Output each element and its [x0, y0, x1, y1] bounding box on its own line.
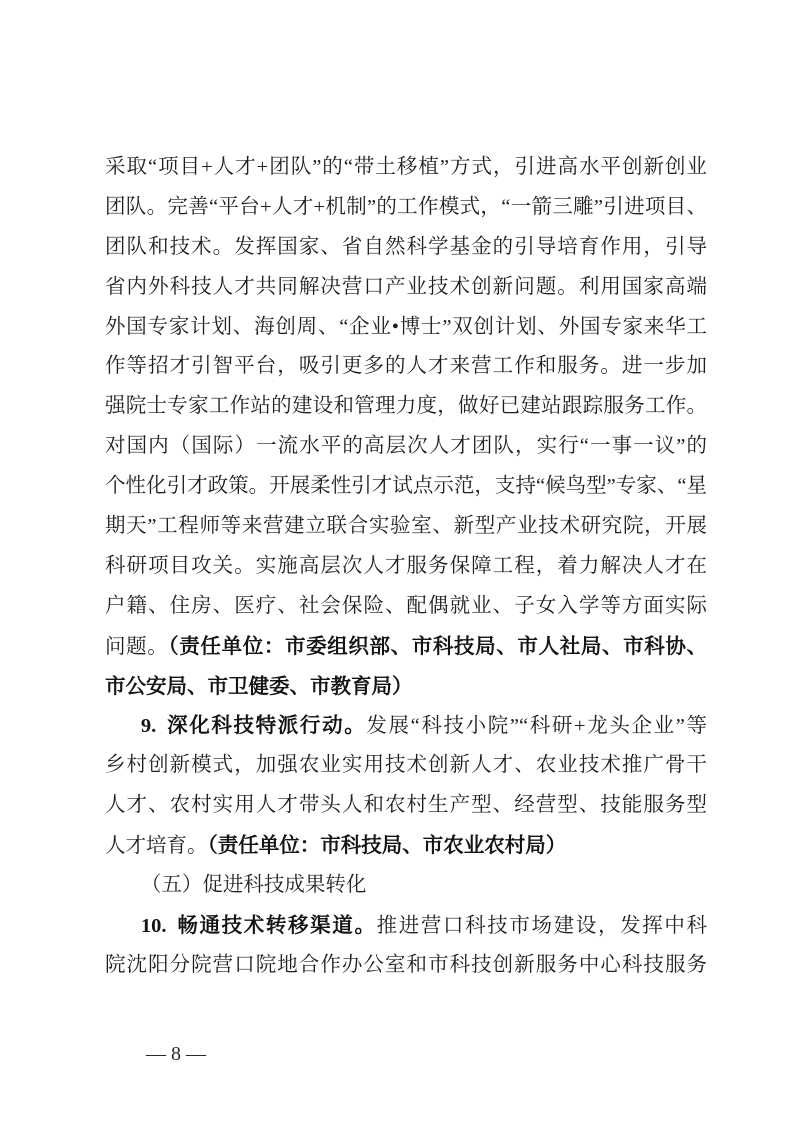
text-segment-normal: 院沈阳分院营口院地合作办公室和市科技创新服务中心科技服务	[105, 954, 707, 976]
text-line: 对国内（国际）一流水平的高层次人才团队，实行“一事一议”的	[105, 427, 707, 467]
text-segment-normal: 外国专家计划、海创周、“企业•博士”双创计划、外国专家来华工	[105, 316, 707, 338]
text-segment-hei: （责任单位：市委组织部、市科技局、市人社局、市科协、	[168, 635, 707, 658]
text-line: 强院士专家工作站的建设和管理力度，做好已建站跟踪服务工作。	[105, 387, 707, 427]
text-segment-normal: 省内外科技人才共同解决营口产业技术创新问题。利用国家高端	[105, 276, 707, 298]
text-segment-hei: （责任单位：市科技局、市农业农村局）	[208, 834, 567, 857]
text-segment-normal: 采取“项目+人才+团队”的“带土移植”方式，引进高水平创新创业	[105, 156, 707, 178]
text-line: 9.深化科技特派行动。发展“科技小院”“科研+龙头企业”等	[105, 706, 707, 746]
text-line: 乡村创新模式，加强农业实用技术创新人才、农业技术推广骨干	[105, 746, 707, 786]
text-line: 省内外科技人才共同解决营口产业技术创新问题。利用国家高端	[105, 268, 707, 308]
text-segment-normal: 科研项目攻关。实施高层次人才服务保障工程，着力解决人才在	[105, 555, 707, 577]
document-page: 采取“项目+人才+团队”的“带土移植”方式，引进高水平创新创业团队。完善“平台+…	[0, 0, 793, 1122]
text-line: 作等招才引智平台，吸引更多的人才来营工作和服务。进一步加	[105, 347, 707, 387]
document-body: 采取“项目+人才+团队”的“带土移植”方式，引进高水平创新创业团队。完善“平台+…	[105, 148, 707, 986]
text-segment-normal: 强院士专家工作站的建设和管理力度，做好已建站跟踪服务工作。	[105, 395, 707, 417]
text-line: （五）促进科技成果转化	[105, 866, 707, 906]
text-line: 个性化引才政策。开展柔性引才试点示范，支持“候鸟型”专家、“星	[105, 467, 707, 507]
text-segment-normal: 发展“科技小院”“科研+龙头企业”等	[366, 715, 707, 737]
text-segment-normal: 期天”工程师等来营建立联合实验室、新型产业技术研究院，开展	[105, 515, 707, 537]
text-line: 团队。完善“平台+人才+机制”的工作模式，“一箭三雕”引进项目、	[105, 188, 707, 228]
text-segment-normal: 乡村创新模式，加强农业实用技术创新人才、农业技术推广骨干	[105, 754, 707, 776]
text-line: 人才培育。（责任单位：市科技局、市农业农村局）	[105, 826, 707, 866]
text-segment-normal: 对国内（国际）一流水平的高层次人才团队，实行“一事一议”的	[105, 435, 707, 457]
text-line: 期天”工程师等来营建立联合实验室、新型产业技术研究院，开展	[105, 507, 707, 547]
text-segment-hei: 市公安局、市卫健委、市教育局）	[105, 675, 413, 698]
text-line: 户籍、住房、医疗、社会保险、配偶就业、子女入学等方面实际	[105, 587, 707, 627]
text-segment-normal: 个性化引才政策。开展柔性引才试点示范，支持“候鸟型”专家、“星	[105, 475, 707, 497]
page-number: — 8 —	[146, 1043, 206, 1065]
text-line: 团队和技术。发挥国家、省自然科学基金的引导培育作用，引导	[105, 228, 707, 268]
text-segment-normal: 作等招才引智平台，吸引更多的人才来营工作和服务。进一步加	[105, 355, 707, 377]
page-footer: — 8 —	[126, 1006, 206, 1038]
text-segment-num: 10.	[141, 915, 167, 937]
text-segment-normal: 团队。完善“平台+人才+机制”的工作模式，“一箭三雕”引进项目、	[105, 196, 707, 218]
text-segment-normal: 人才培育。	[105, 835, 208, 857]
text-segment-hei: 畅通技术转移渠道。	[176, 914, 377, 937]
text-line: 问题。（责任单位：市委组织部、市科技局、市人社局、市科协、	[105, 627, 707, 667]
text-segment-hei: 深化科技特派行动。	[165, 714, 366, 737]
text-segment-normal: 户籍、住房、医疗、社会保险、配偶就业、子女入学等方面实际	[105, 595, 707, 617]
text-line: 10.畅通技术转移渠道。推进营口科技市场建设，发挥中科	[105, 906, 707, 946]
text-segment-normal: 人才、农村实用人才带头人和农村生产型、经营型、技能服务型	[105, 794, 707, 816]
text-line: 人才、农村实用人才带头人和农村生产型、经营型、技能服务型	[105, 786, 707, 826]
text-line: 外国专家计划、海创周、“企业•博士”双创计划、外国专家来华工	[105, 308, 707, 348]
text-line: 采取“项目+人才+团队”的“带土移植”方式，引进高水平创新创业	[105, 148, 707, 188]
text-segment-normal: 推进营口科技市场建设，发挥中科	[377, 915, 707, 937]
text-line: 科研项目攻关。实施高层次人才服务保障工程，着力解决人才在	[105, 547, 707, 587]
text-line: 市公安局、市卫健委、市教育局）	[105, 667, 707, 707]
text-line: 院沈阳分院营口院地合作办公室和市科技创新服务中心科技服务	[105, 946, 707, 986]
text-segment-num: 9.	[141, 715, 156, 737]
text-segment-normal: 问题。	[105, 636, 168, 658]
text-segment-normal: 团队和技术。发挥国家、省自然科学基金的引导培育作用，引导	[105, 236, 707, 258]
text-segment-kai: （五）促进科技成果转化	[141, 874, 367, 896]
